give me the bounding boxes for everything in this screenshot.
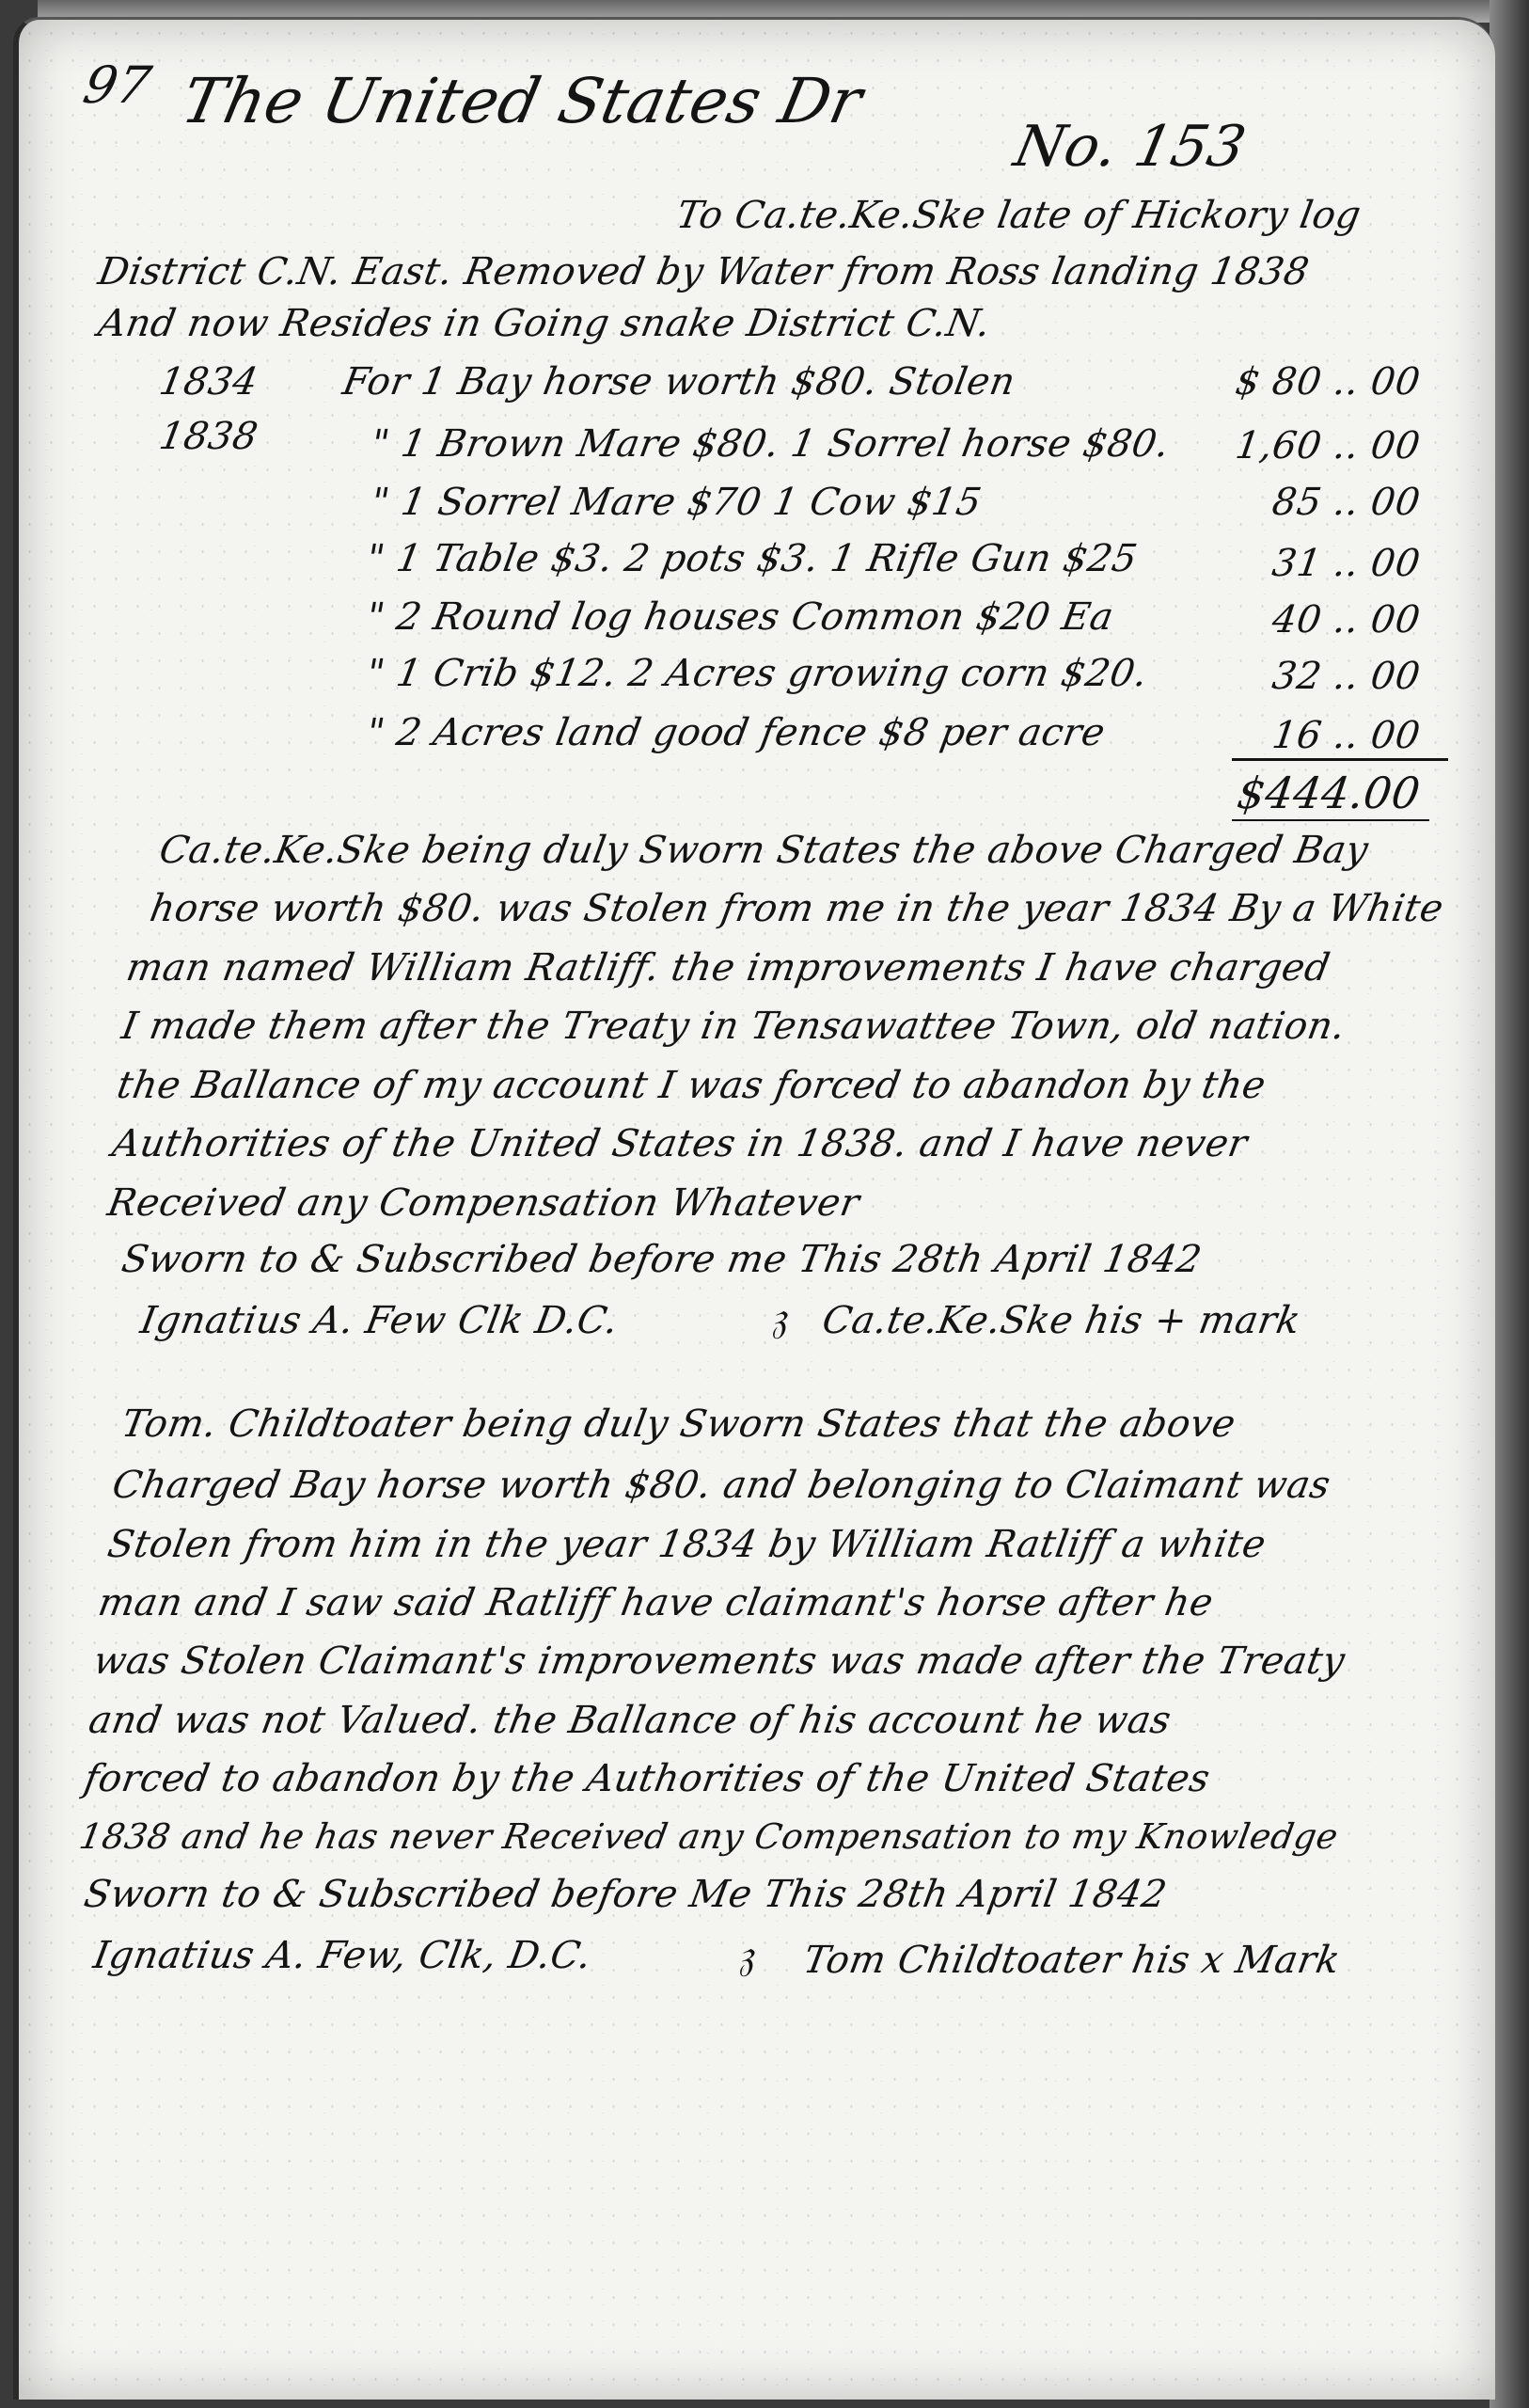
signature-seal-icon: 𝔷 [738, 1929, 754, 1982]
ledger-amount: 40 .. 00 [1191, 598, 1423, 642]
ledger-year: 1834 [156, 360, 261, 404]
page-stack-edge-right [1490, 0, 1529, 2408]
affidavit-line: I made them after the Treaty in Tensawat… [118, 1005, 1348, 1048]
clerk-signature: Ignatius A. Few, Clk, D.C. [90, 1934, 595, 1977]
ledger-year: 1838 [156, 415, 261, 458]
ledger-amount: 31 .. 00 [1191, 542, 1423, 585]
ledger-amount: 32 .. 00 [1191, 655, 1423, 698]
sworn-statement: Sworn to & Subscribed before Me This 28t… [81, 1873, 1170, 1916]
page-number: 97 [78, 55, 156, 115]
affidavit-line: horse worth $80. was Stolen from me in t… [147, 887, 1447, 930]
clerk-signature: Ignatius A. Few Clk D.C. [137, 1299, 622, 1342]
affidavit-line: Tom. Childtoater being duly Sworn States… [118, 1402, 1239, 1446]
ledger-amount: 16 .. 00 [1191, 714, 1423, 757]
signature-seal-icon: 𝔷 [771, 1291, 787, 1344]
affidavit-line: Authorities of the United States in 1838… [109, 1122, 1251, 1165]
document-heading: The United States Dr [176, 65, 869, 137]
ledger-description: " 1 Sorrel Mare $70 1 Cow $15 [368, 481, 985, 524]
sworn-statement: Sworn to & Subscribed before me This 28t… [118, 1238, 1205, 1281]
ledger-description: " 1 Brown Mare $80. 1 Sorrel horse $80. [368, 422, 1173, 466]
ledger-description: " 1 Table $3. 2 pots $3. 1 Rifle Gun $25 [363, 537, 1141, 580]
affidavit-line: Stolen from him in the year 1834 by Will… [104, 1523, 1269, 1566]
header-line-3: And now Resides in Going snake District … [95, 302, 994, 345]
ledger-amount: 1,60 .. 00 [1191, 424, 1423, 467]
header-line-2: District C.N. East. Removed by Water fro… [95, 250, 1313, 293]
ledger-description: For 1 Bay horse worth $80. Stolen [339, 360, 1018, 404]
witness-mark: Tom Childtoater his x Mark [800, 1939, 1344, 1982]
ledger-page: 97 The United States Dr No. 153 To Ca.te… [13, 17, 1495, 2400]
total-rule [1232, 758, 1448, 761]
header-line-1: To Ca.te.Ke.Ske late of Hickory log [673, 194, 1364, 237]
affidavit-line: man named William Ratliff. the improveme… [123, 946, 1333, 990]
ledger-amount: 85 .. 00 [1191, 481, 1423, 524]
affidavit-line: the Ballance of my account I was forced … [114, 1064, 1269, 1107]
total-double-rule [1232, 819, 1429, 821]
affidavit-line: forced to abandon by the Authorities of … [81, 1757, 1213, 1800]
claim-number: No. 153 [1009, 114, 1253, 180]
ledger-total: $444.00 [1190, 768, 1424, 818]
affidavit-line: was Stolen Claimant's improvements was m… [90, 1640, 1348, 1683]
affidavit-line: man and I saw said Ratliff have claimant… [95, 1581, 1217, 1624]
ledger-amount: $ 80 .. 00 [1191, 360, 1423, 404]
affidavit-line: 1838 and he has never Received any Compe… [76, 1816, 1341, 1857]
affidavit-line: Charged Bay horse worth $80. and belongi… [109, 1464, 1333, 1507]
affidavit-line: Received any Compensation Whatever [104, 1181, 863, 1225]
ledger-description: " 2 Acres land good fence $8 per acre [363, 711, 1109, 754]
affidavit-line: Ca.te.Ke.Ske being duly Sworn States the… [156, 829, 1372, 872]
ledger-description: " 2 Round log houses Common $20 Ea [363, 595, 1117, 639]
ledger-description: " 1 Crib $12. 2 Acres growing corn $20. [363, 652, 1151, 695]
claimant-mark: Ca.te.Ke.Ske his + mark [819, 1299, 1304, 1342]
affidavit-line: and was not Valued. the Ballance of his … [86, 1699, 1174, 1742]
